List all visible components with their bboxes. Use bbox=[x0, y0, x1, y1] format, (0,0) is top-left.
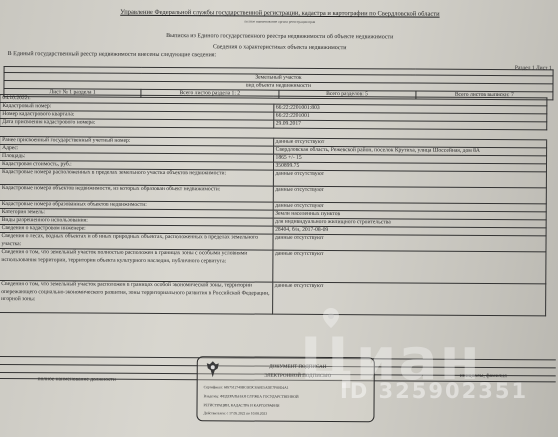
organization-caption: полное наименование органа регистрации п… bbox=[210, 19, 350, 24]
row-value: данные отсутствуют bbox=[273, 186, 547, 204]
row-value: данные отсутствуют bbox=[272, 250, 546, 284]
table-row: Сведения о том, что земельный участок по… bbox=[0, 249, 546, 284]
row-value: данные отсутствуют bbox=[272, 234, 546, 252]
organization-name: Управление Федеральной службы государств… bbox=[100, 9, 460, 18]
row-value: данные отсутствуют bbox=[272, 282, 546, 316]
details-table: 04.10.2022г. Кадастровый номер:66:22:220… bbox=[0, 94, 547, 317]
coat-of-arms-icon bbox=[206, 360, 220, 378]
stamp-validity: Действителен: с 17.05.2022 по 10.08.2023 bbox=[203, 411, 267, 415]
intro-text: В Единый государственный реестр недвижим… bbox=[8, 51, 217, 58]
row-label: Сведения о лесах, водных объектах и об и… bbox=[0, 232, 273, 250]
stamp-owner-1: Владелец: ФЕДЕРАЛЬНАЯ СЛУЖБА ГОСУДАРСТВЕ… bbox=[204, 394, 299, 399]
position-caption: полное наименование должности bbox=[38, 376, 116, 382]
row-label: Сведения о том, что земельный участок ра… bbox=[0, 281, 272, 315]
row-label: Кадастровые номера расположенных в преде… bbox=[0, 168, 273, 186]
table-row: Сведения о том, что земельный участок ра… bbox=[0, 281, 546, 316]
row-value: данные отсутствуют bbox=[273, 170, 547, 188]
row-label: Сведения о том, что земельный участок по… bbox=[0, 249, 272, 283]
row-label: Кадастровые номера объектов недвижимости… bbox=[0, 184, 273, 202]
document-subtitle: Сведения о характеристиках объекта недви… bbox=[150, 44, 410, 52]
document-title: Выписка из Единого государственного реес… bbox=[100, 33, 460, 41]
stamp-certificate: Сертификат: 6857512749BC6E9C8A0E5ADE7F80… bbox=[204, 385, 289, 390]
watermark-id: ID 325902351 bbox=[340, 379, 528, 403]
stamp-owner-2: РЕГИСТРАЦИИ, КАДАСТРА И КАРТОГРАФИИ bbox=[204, 403, 280, 407]
